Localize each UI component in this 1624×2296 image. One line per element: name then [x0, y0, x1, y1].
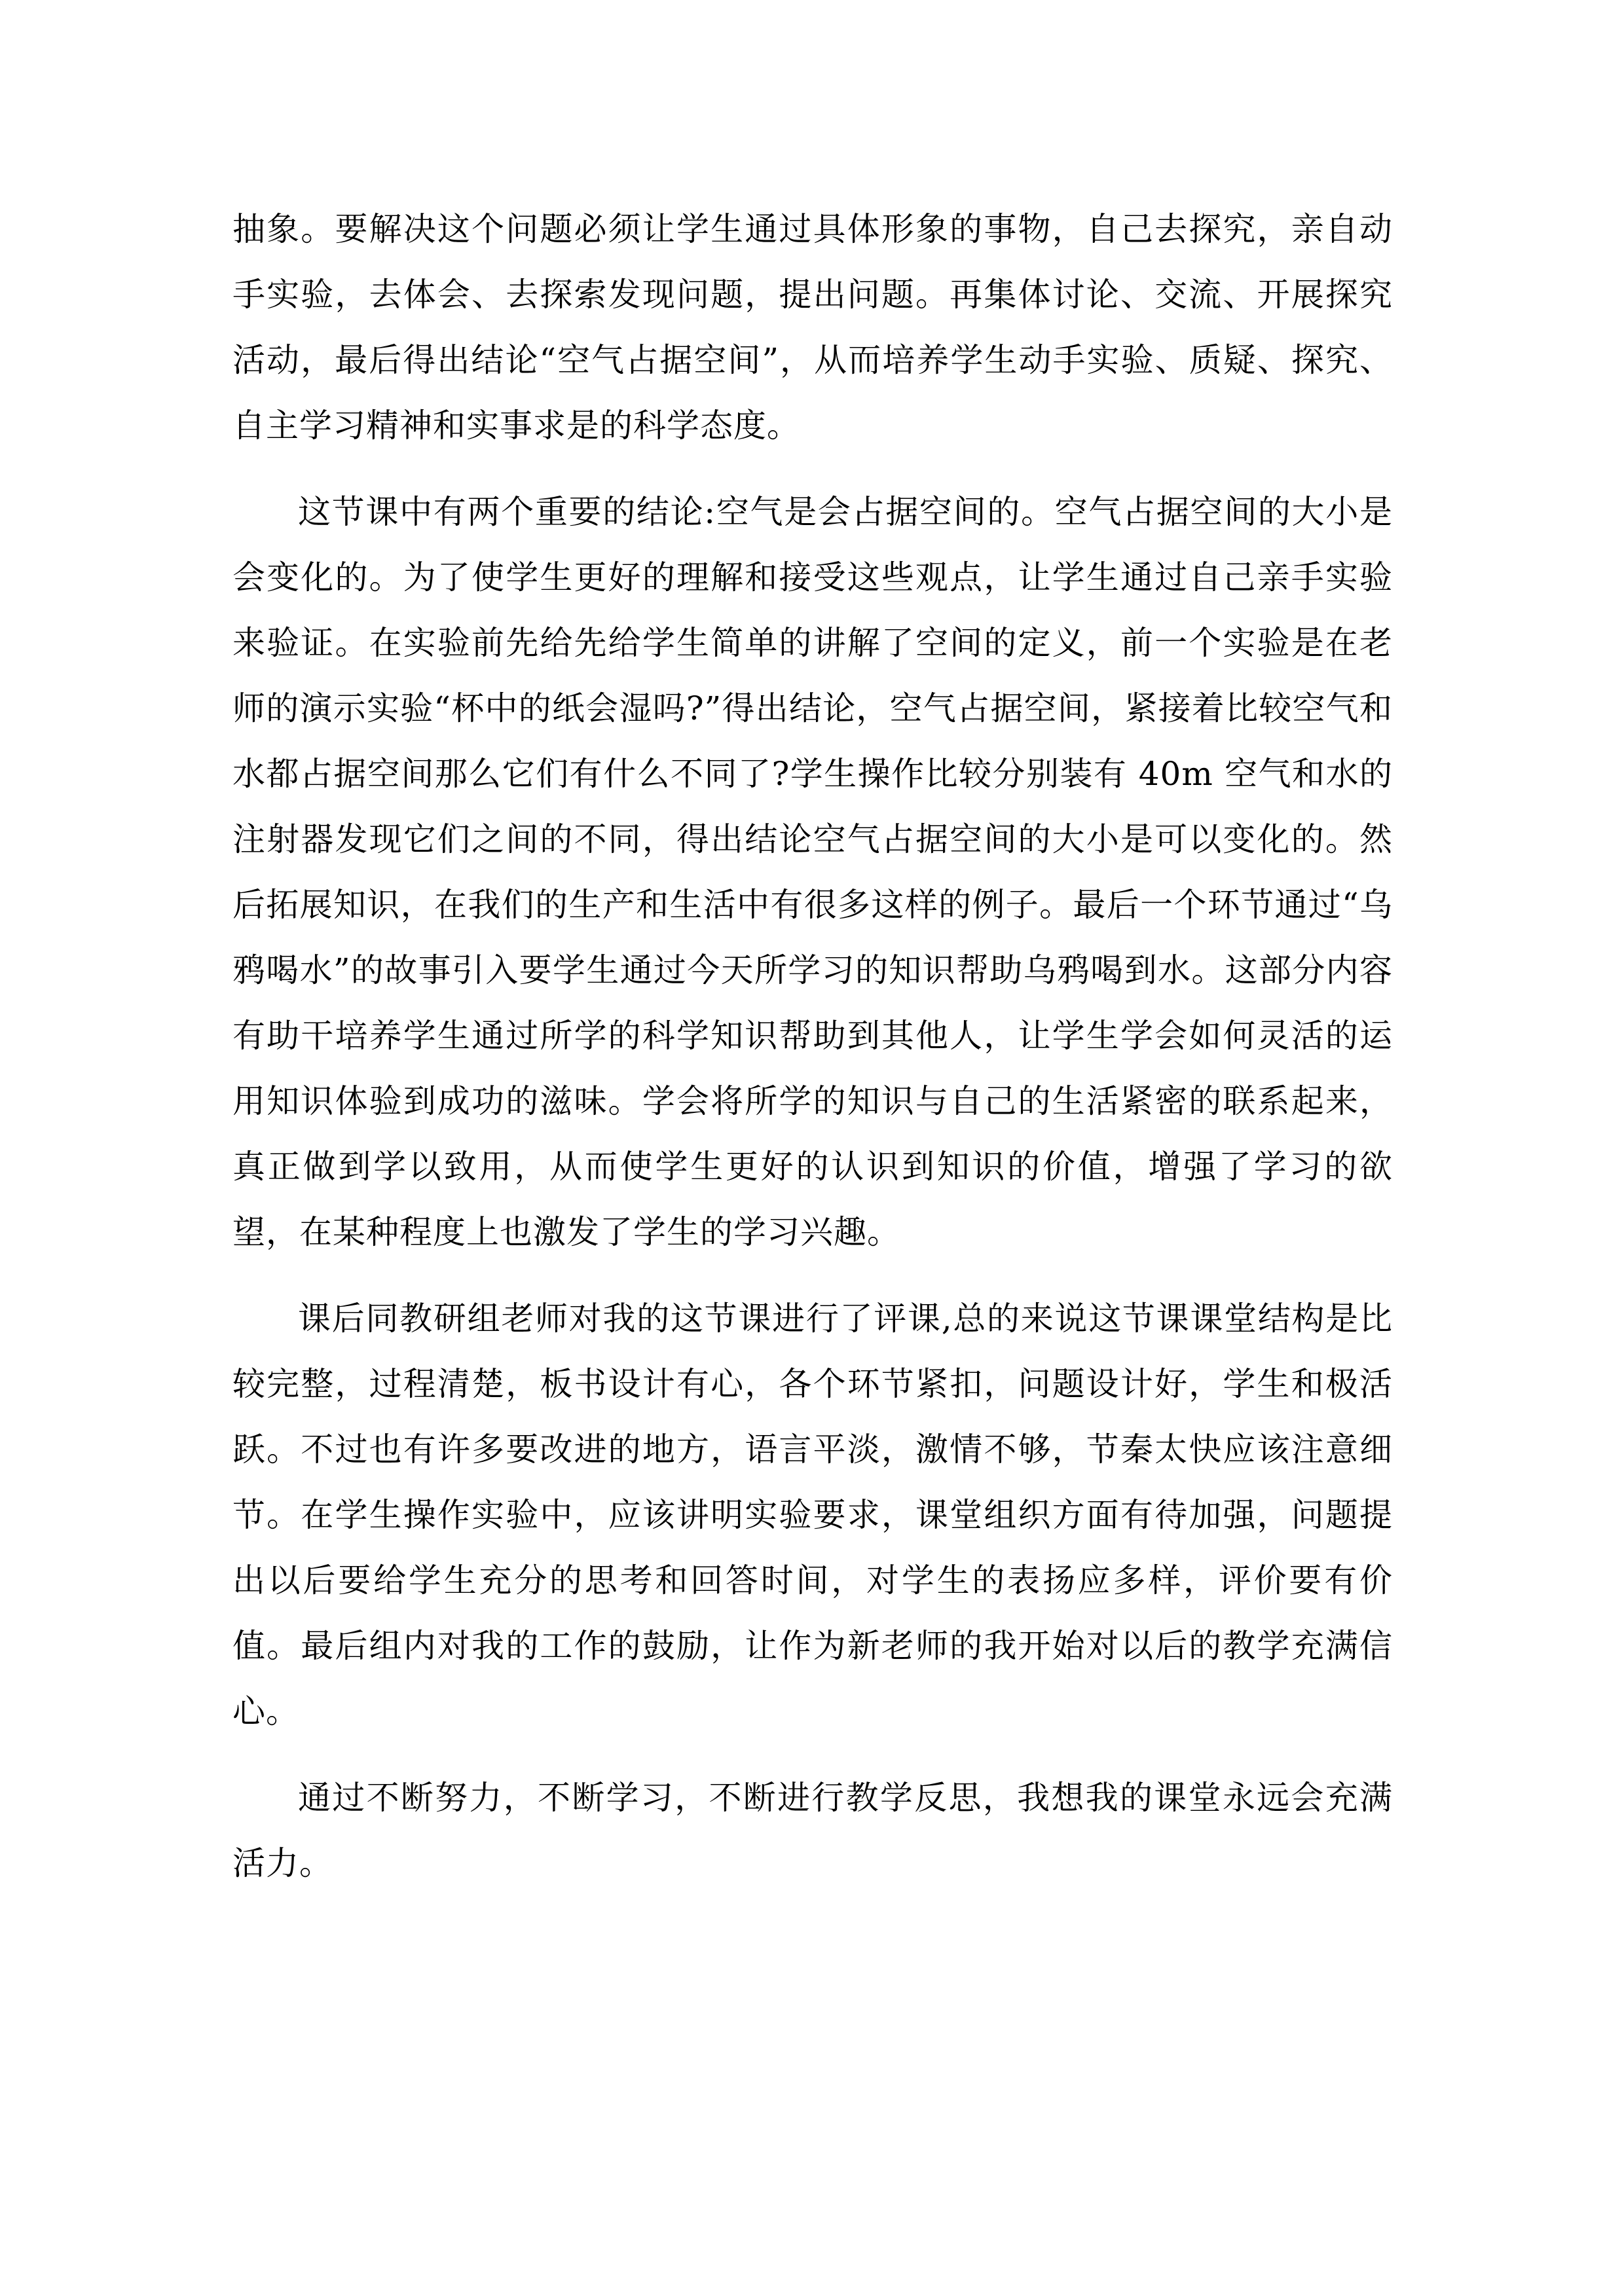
paragraph-4: 通过不断努力，不断学习，不断进行教学反思，我想我的课堂永远会充满活力。: [232, 1765, 1393, 1896]
document-text-block: 抽象。要解决这个问题必须让学生通过具体形象的事物，自己去探究，亲自动手实验，去体…: [232, 196, 1393, 1917]
document-page: 抽象。要解决这个问题必须让学生通过具体形象的事物，自己去探究，亲自动手实验，去体…: [0, 0, 1624, 2296]
paragraph-1: 抽象。要解决这个问题必须让学生通过具体形象的事物，自己去探究，亲自动手实验，去体…: [232, 196, 1393, 458]
paragraph-2: 这节课中有两个重要的结论:空气是会占据空间的。空气占据空间的大小是会变化的。为了…: [232, 479, 1393, 1265]
paragraph-3: 课后同教研组老师对我的这节课进行了评课,总的来说这节课课堂结构是比较完整，过程清…: [232, 1286, 1393, 1744]
